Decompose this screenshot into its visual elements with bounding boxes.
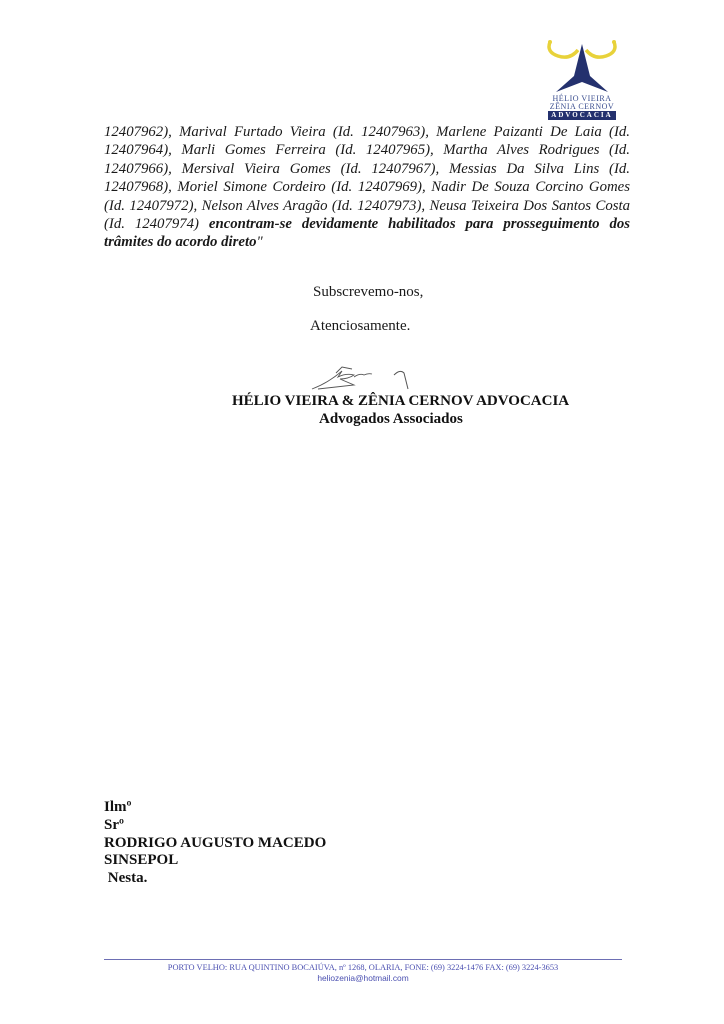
- closing-line-1: Subscrevemo-nos,: [313, 284, 423, 301]
- letter-body: 12407962), Marival Furtado Vieira (Id. 1…: [104, 123, 630, 252]
- logo-line-3: ADVOCACIA: [548, 111, 616, 120]
- scales-star-icon: [544, 36, 620, 96]
- addressee-location: Nesta.: [104, 870, 326, 888]
- signature-icon: [308, 363, 418, 393]
- addressee-honorific-2: Srº: [104, 817, 326, 835]
- addressee-organization: SINSEPOL: [104, 852, 326, 870]
- addressee-name: RODRIGO AUGUSTO MACEDO: [104, 835, 326, 853]
- closing-quote: ": [257, 234, 263, 250]
- footer-address: PORTO VELHO: RUA QUINTINO BOCAIÚVA, nº 1…: [104, 963, 622, 972]
- footer-divider: [104, 959, 622, 960]
- firm-name: HÉLIO VIEIRA & ZÊNIA CERNOV ADVOCACIA: [232, 393, 569, 410]
- firm-logo: HÉLIO VIEIRA ZÊNIA CERNOV ADVOCACIA: [544, 36, 620, 124]
- logo-line-2: ZÊNIA CERNOV: [544, 103, 620, 111]
- closing-line-2: Atenciosamente.: [310, 318, 410, 335]
- footer-email: heliozenia@hotmail.com: [104, 973, 622, 983]
- addressee-honorific-1: Ilmº: [104, 799, 326, 817]
- firm-subtitle: Advogados Associados: [319, 411, 463, 428]
- addressee-block: Ilmº Srº RODRIGO AUGUSTO MACEDO SINSEPOL…: [104, 799, 326, 888]
